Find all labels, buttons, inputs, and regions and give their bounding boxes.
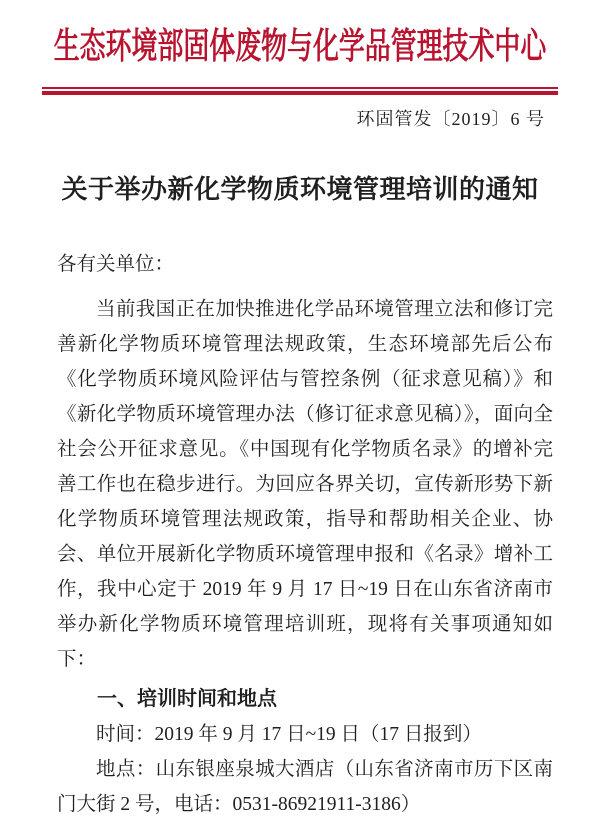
intro-paragraph: 当前我国正在加快推进化学品环境管理立法和修订完善新化学物质环境管理法规政策，生态… <box>57 292 553 677</box>
page-number: 1 <box>0 793 600 808</box>
document-page: 生态环境部固体废物与化学品管理技术中心 环固管发〔2019〕6 号 关于举办新化… <box>0 0 600 830</box>
document-body: 各有关单位： 当前我国正在加快推进化学品环境管理立法和修订完善新化学物质环境管理… <box>57 247 553 822</box>
letterhead-org-name: 生态环境部固体废物与化学品管理技术中心 <box>54 24 546 69</box>
notice-title: 关于举办新化学物质环境管理培训的通知 <box>0 173 600 207</box>
doc-number: 环固管发〔2019〕6 号 <box>0 105 600 131</box>
red-divider-thin <box>42 87 558 89</box>
letterhead: 生态环境部固体废物与化学品管理技术中心 <box>0 24 600 69</box>
salutation: 各有关单位： <box>57 247 553 282</box>
red-divider-thick <box>42 91 558 95</box>
training-location-line: 地点：山东银座泉城大酒店（山东省济南市历下区南门大街 2 号，电话：0531-8… <box>57 752 553 822</box>
training-time-line: 时间：2019 年 9 月 17 日~19 日（17 日报到） <box>57 717 553 752</box>
section-heading-training-time-location: 一、培训时间和地点 <box>57 682 553 717</box>
